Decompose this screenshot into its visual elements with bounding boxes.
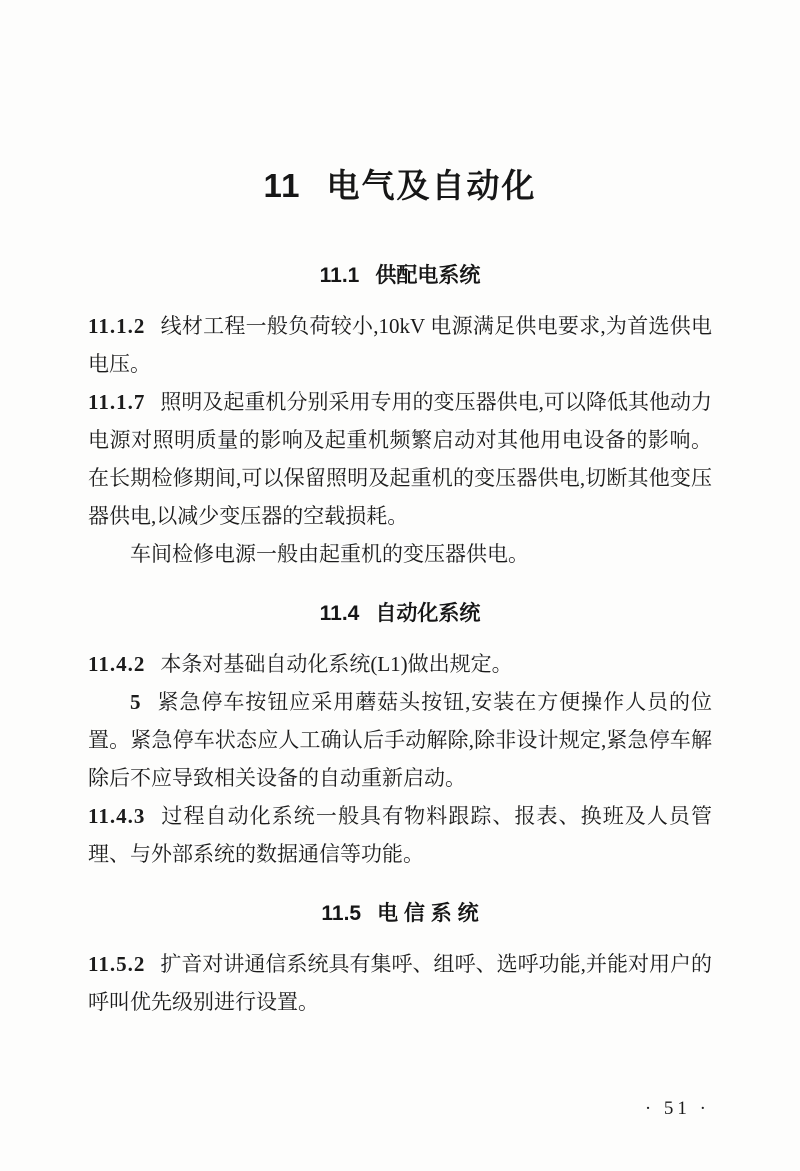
- clause-number: 11.4.2: [88, 652, 145, 676]
- chapter-number: 11: [264, 167, 301, 204]
- item-number: 5: [130, 690, 142, 714]
- clause-11-5-2: 11.5.2扩音对讲通信系统具有集呼、组呼、选呼功能,并能对用户的呼叫优先级别进…: [88, 945, 712, 1021]
- clause-text: 扩音对讲通信系统具有集呼、组呼、选呼功能,并能对用户的呼叫优先级别进行设置。: [88, 952, 712, 1014]
- clause-number: 11.1.2: [88, 314, 145, 338]
- clause-text: 本条对基础自动化系统(L1)做出规定。: [160, 652, 512, 676]
- clause-11-1-2: 11.1.2线材工程一般负荷较小,10kV 电源满足供电要求,为首选供电电压。: [88, 307, 712, 383]
- document-page: 11电气及自动化 11.1供配电系统 11.1.2线材工程一般负荷较小,10kV…: [0, 0, 800, 1171]
- section-heading-11-5: 11.5电 信 系 统: [0, 897, 800, 927]
- section-title: 供配电系统: [375, 264, 480, 287]
- page-number: · 51 ·: [645, 1098, 710, 1120]
- clause-11-4-2: 11.4.2本条对基础自动化系统(L1)做出规定。: [88, 645, 712, 683]
- section-heading-11-1: 11.1供配电系统: [0, 259, 800, 289]
- clause-11-1-7: 11.1.7照明及起重机分别采用专用的变压器供电,可以降低其他动力电源对照明质量…: [88, 383, 712, 535]
- section-number: 11.1: [320, 264, 360, 287]
- clause-11-4-3: 11.4.3过程自动化系统一般具有物料跟踪、报表、换班及人员管理、与外部系统的数…: [88, 797, 712, 873]
- clause-text: 线材工程一般负荷较小,10kV 电源满足供电要求,为首选供电电压。: [88, 314, 712, 376]
- section-number: 11.5: [321, 902, 361, 925]
- clause-11-4-2-item-5: 5紧急停车按钮应采用蘑菇头按钮,安装在方便操作人员的位置。紧急停车状态应人工确认…: [88, 683, 712, 797]
- section-number: 11.4: [320, 602, 360, 625]
- clause-text: 车间检修电源一般由起重机的变压器供电。: [130, 542, 529, 566]
- section-11-4-body: 11.4.2本条对基础自动化系统(L1)做出规定。 5紧急停车按钮应采用蘑菇头按…: [88, 645, 712, 873]
- section-title: 自动化系统: [375, 602, 480, 625]
- clause-11-1-7-note: 车间检修电源一般由起重机的变压器供电。: [88, 535, 712, 573]
- section-11-1-body: 11.1.2线材工程一般负荷较小,10kV 电源满足供电要求,为首选供电电压。 …: [88, 307, 712, 573]
- section-heading-11-4: 11.4自动化系统: [0, 597, 800, 627]
- chapter-name: 电气及自动化: [326, 167, 536, 204]
- clause-number: 11.4.3: [88, 804, 145, 828]
- chapter-title: 11电气及自动化: [0, 0, 800, 207]
- clause-text: 照明及起重机分别采用专用的变压器供电,可以降低其他动力电源对照明质量的影响及起重…: [88, 390, 712, 528]
- clause-text: 过程自动化系统一般具有物料跟踪、报表、换班及人员管理、与外部系统的数据通信等功能…: [88, 804, 712, 866]
- clause-number: 11.5.2: [88, 952, 145, 976]
- section-11-5-body: 11.5.2扩音对讲通信系统具有集呼、组呼、选呼功能,并能对用户的呼叫优先级别进…: [88, 945, 712, 1021]
- clause-number: 11.1.7: [88, 390, 145, 414]
- clause-text: 紧急停车按钮应采用蘑菇头按钮,安装在方便操作人员的位置。紧急停车状态应人工确认后…: [88, 690, 712, 790]
- section-title: 电 信 系 统: [377, 902, 479, 925]
